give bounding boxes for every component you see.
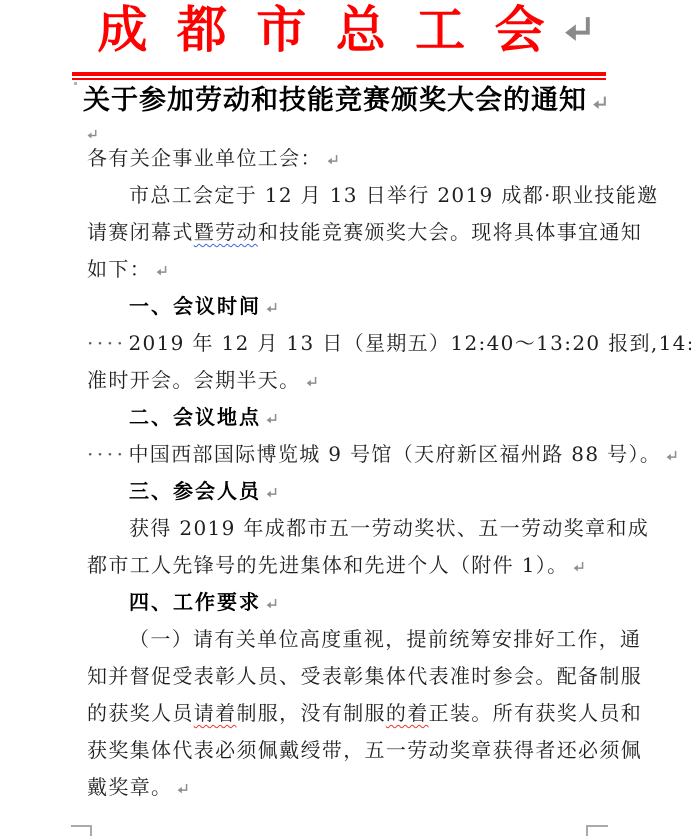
text-run: 四、工作要求 bbox=[129, 590, 261, 614]
text-run: 各有关企事业单位工会： bbox=[87, 146, 322, 170]
text-run: 知并督促受表彰人员、受表彰集体代表准时参会。配备制服 bbox=[87, 664, 642, 688]
paragraph-mark-icon bbox=[265, 301, 278, 314]
paragraph-mark-icon bbox=[305, 375, 318, 388]
text-run: （一）请有关单位高度重视，提前统筹安排好工作，通 bbox=[129, 627, 641, 651]
text-boundary-corner-bottom-left bbox=[71, 825, 92, 836]
section-heading-line: 一、会议时间 bbox=[87, 293, 613, 330]
paragraph-mark-icon bbox=[265, 412, 278, 425]
body-line: 的获奖人员请着制服，没有制服的着正装。所有获奖人员和 bbox=[87, 700, 613, 737]
text-run: 市总工会定于 12 月 13 日举行 2019 成都·职业技能邀 bbox=[129, 183, 659, 207]
body-line: 准时开会。会期半天。 bbox=[87, 367, 613, 404]
document-title: 关于参加劳动和技能竞赛颁奖大会的通知 bbox=[0, 84, 691, 118]
text-run: 准时开会。会期半天。 bbox=[87, 368, 301, 392]
document-title-text: 关于参加劳动和技能竞赛颁奖大会的通知 bbox=[83, 85, 587, 116]
body-line: 戴奖章。 bbox=[87, 774, 613, 811]
text-run: 的获奖人员 bbox=[87, 701, 194, 725]
space-formatting-marks: ···· bbox=[87, 331, 126, 355]
text-run: 一、会议时间 bbox=[129, 294, 261, 318]
body-line: 知并督促受表彰人员、受表彰集体代表准时参会。配备制服 bbox=[87, 663, 613, 700]
document-body-text[interactable]: 各有关企事业单位工会：市总工会定于 12 月 13 日举行 2019 成都·职业… bbox=[87, 145, 613, 811]
body-line: 各有关企事业单位工会： bbox=[87, 145, 613, 182]
title-paragraph-mark-slot bbox=[587, 85, 608, 116]
text-run: 制服，没有制服 bbox=[236, 701, 385, 725]
text-run: 三、参会人员 bbox=[129, 479, 261, 503]
body-line: 市总工会定于 12 月 13 日举行 2019 成都·职业技能邀 bbox=[87, 182, 613, 219]
letterhead-title: 成 都 市 总 工 会 bbox=[0, 0, 691, 62]
body-line: 请赛闭幕式暨劳动和技能竞赛颁奖大会。现将具体事宜通知 bbox=[87, 219, 613, 256]
body-line: 都市工人先锋号的先进集体和先进个人（附件 1）。 bbox=[87, 552, 613, 589]
paragraph-mark-icon bbox=[591, 94, 608, 111]
squiggle-underlined-text: 的着 bbox=[386, 701, 429, 725]
section-heading-line: 三、参会人员 bbox=[87, 478, 613, 515]
section-heading-line: 四、工作要求 bbox=[87, 589, 613, 626]
letterhead-paragraph-mark-slot bbox=[551, 0, 594, 59]
squiggle-underlined-text: 暨劳动 bbox=[194, 220, 258, 244]
text-run: 获得 2019 年成都市五一劳动奖状、五一劳动奖章和成 bbox=[129, 516, 649, 540]
text-boundary-corner-bottom-right bbox=[586, 825, 608, 836]
section-heading-line: 二、会议地点 bbox=[87, 404, 613, 441]
word-document-page: 成 都 市 总 工 会 关于参加劳动和技能竞赛颁奖大会的通知 各有关企事业单位工… bbox=[0, 0, 691, 836]
paragraph-mark-icon bbox=[155, 264, 168, 277]
text-run: 都市工人先锋号的先进集体和先进个人（附件 1）。 bbox=[87, 553, 568, 577]
body-line: 如下： bbox=[87, 256, 613, 293]
paragraph-mark-icon bbox=[86, 128, 98, 140]
squiggle-underlined-text: 请着 bbox=[194, 701, 237, 725]
body-line: ····2019 年 12 月 13 日（星期五）12:40～13:20 报到,… bbox=[87, 330, 613, 367]
paragraph-mark-icon bbox=[561, 12, 594, 45]
letterhead-text: 成 都 市 总 工 会 bbox=[97, 0, 550, 59]
empty-line-paragraph-mark bbox=[82, 124, 98, 143]
paragraph-mark-icon bbox=[572, 560, 585, 573]
paragraph-mark-icon bbox=[176, 782, 189, 795]
body-line: ····中国西部国际博览城 9 号馆（天府新区福州路 88 号）。 bbox=[87, 441, 613, 478]
paragraph-mark-icon bbox=[265, 597, 278, 610]
body-line: 获得 2019 年成都市五一劳动奖状、五一劳动奖章和成 bbox=[87, 515, 613, 552]
paragraph-mark-icon bbox=[665, 449, 678, 462]
text-run: 2019 年 12 月 13 日（星期五）12:40～13:20 报到,14:0… bbox=[128, 331, 691, 355]
text-run: 二、会议地点 bbox=[129, 405, 261, 429]
space-formatting-marks: ···· bbox=[87, 442, 126, 466]
text-run: 正装。所有获奖人员和 bbox=[429, 701, 643, 725]
text-run: 如下： bbox=[87, 257, 151, 281]
paragraph-mark-icon bbox=[326, 153, 339, 166]
text-run: 获奖集体代表必须佩戴绶带，五一劳动奖章获得者还必须佩 bbox=[87, 738, 642, 762]
text-run: 和技能竞赛颁奖大会。现将具体事宜通知 bbox=[258, 220, 642, 244]
body-line: 获奖集体代表必须佩戴绶带，五一劳动奖章获得者还必须佩 bbox=[87, 737, 613, 774]
paragraph-mark-icon bbox=[265, 486, 278, 499]
text-run: 请赛闭幕式 bbox=[87, 220, 194, 244]
text-run: 戴奖章。 bbox=[87, 775, 172, 799]
text-run: 中国西部国际博览城 9 号馆（天府新区福州路 88 号）。 bbox=[128, 442, 661, 466]
body-line: （一）请有关单位高度重视，提前统筹安排好工作，通 bbox=[87, 626, 613, 663]
letterhead-double-rule bbox=[72, 72, 606, 80]
